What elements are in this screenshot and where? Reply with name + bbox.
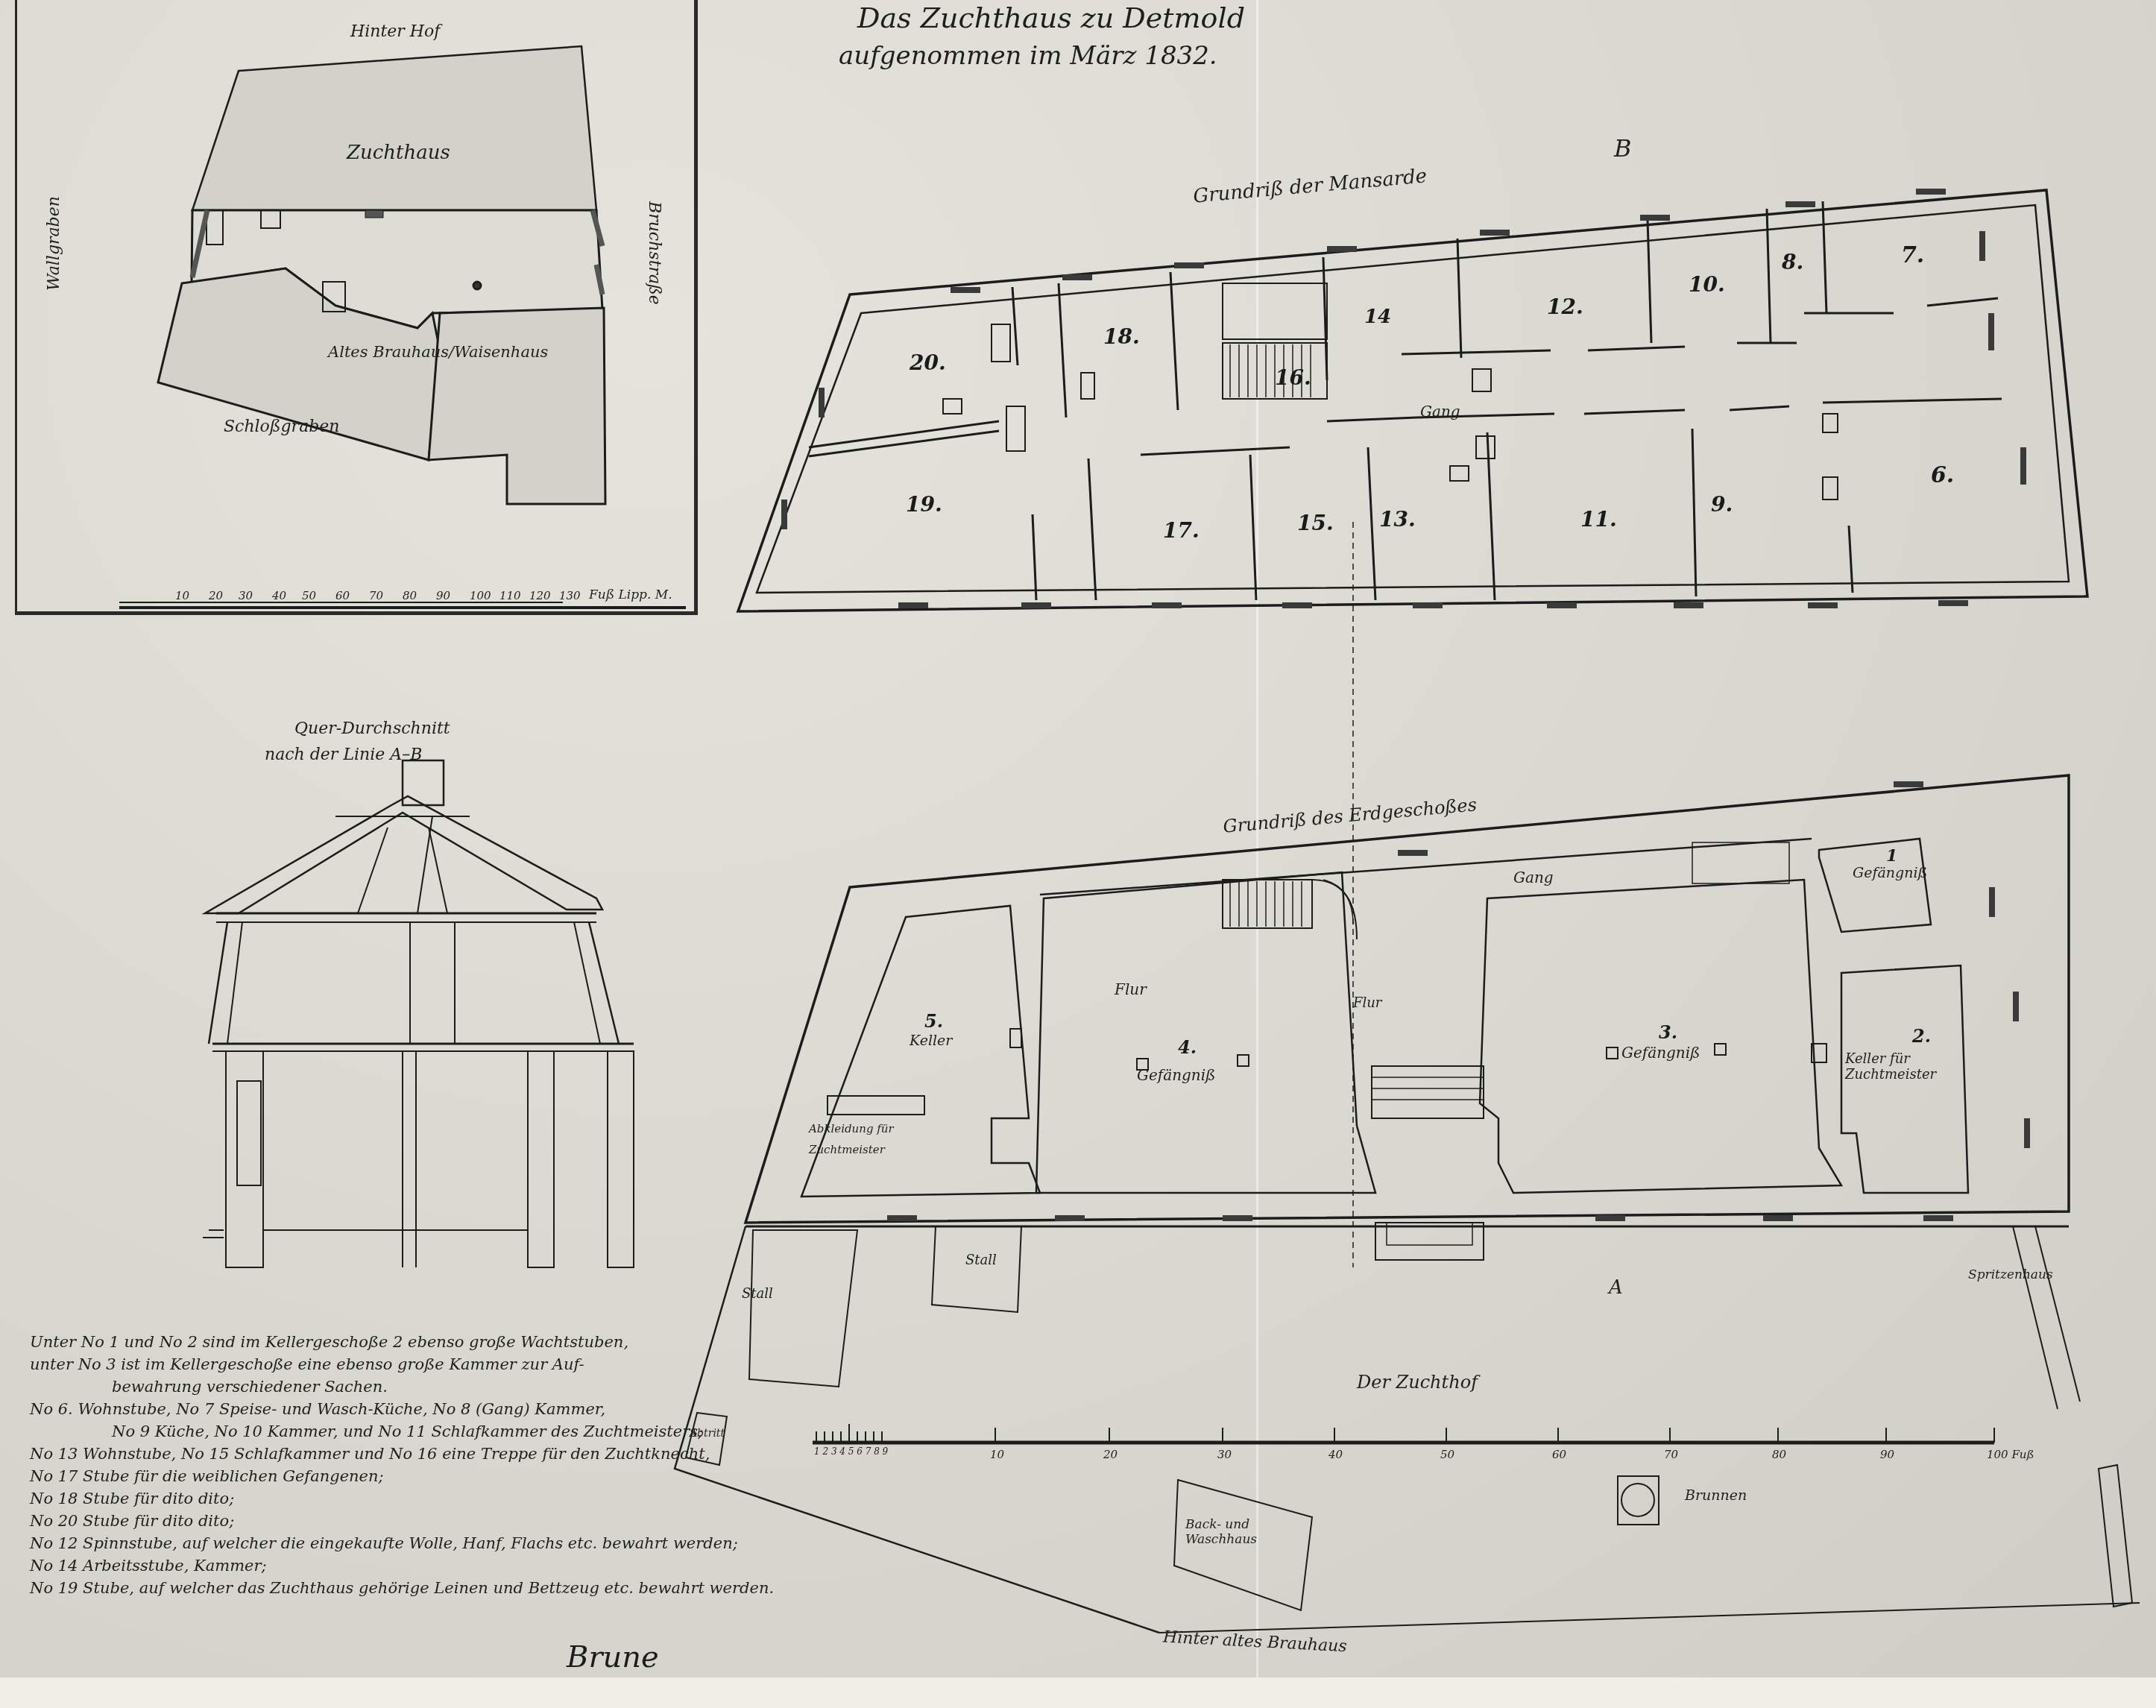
- legend-line: No 19 Stube, auf welcher das Zuchthaus g…: [30, 1577, 775, 1599]
- room-10: 10.: [1689, 272, 1725, 297]
- shed-label: Spritzenhaus: [1968, 1267, 2050, 1282]
- room-4-label: Gefängniß: [1137, 1066, 1215, 1084]
- well-label: Brunnen: [1685, 1487, 1747, 1504]
- section-marker-a: A: [1609, 1276, 1623, 1299]
- stall-2-label: Stall: [965, 1252, 997, 1268]
- courtyard-label: Der Zuchthof: [1357, 1372, 1478, 1393]
- drawing-subtitle: aufgenommen im März 1832.: [839, 41, 1217, 71]
- stair-hall-label-2: Flur: [1353, 995, 1381, 1011]
- room-5-number: 5.: [924, 1010, 943, 1032]
- room-8: 8.: [1782, 250, 1803, 274]
- legend-line: No 12 Spinnstube, auf welcher die eingek…: [30, 1532, 775, 1554]
- room-17: 17.: [1163, 518, 1200, 543]
- legend-line: No 6. Wohnstube, No 7 Speise- und Wasch-…: [30, 1398, 775, 1420]
- room-5-sub-label: Abkleidung für Zuchtmeister: [809, 1118, 902, 1160]
- room-12: 12.: [1547, 294, 1583, 319]
- room-2-label: Keller für Zuchtmeister: [1845, 1051, 1979, 1083]
- room-3-number: 3.: [1659, 1021, 1677, 1043]
- room-19: 19.: [906, 492, 942, 517]
- site-north-label: Hinter Hof: [350, 22, 440, 41]
- room-7: 7.: [1901, 242, 1924, 268]
- ground-corridor-label: Gang: [1513, 869, 1554, 886]
- room-1-label: Gefängniß: [1853, 865, 1927, 881]
- legend-line: unter No 3 ist im Kellergeschoße eine eb…: [30, 1353, 775, 1375]
- room-16: 16.: [1275, 365, 1311, 390]
- legend-line: No 14 Arbeitsstube, Kammer;: [30, 1554, 775, 1577]
- drawing-title: Das Zuchthaus zu Detmold: [857, 1, 1245, 34]
- room-6: 6.: [1931, 462, 1954, 488]
- upper-corridor-label: Gang: [1420, 403, 1460, 420]
- legend-line: bewahrung verschiedener Sachen.: [30, 1375, 775, 1398]
- legend-line: No 18 Stube für dito dito;: [30, 1487, 775, 1510]
- room-13: 13.: [1379, 507, 1416, 532]
- room-14: 14: [1364, 306, 1391, 328]
- room-15: 15.: [1297, 511, 1334, 535]
- site-building-old-label: Altes Brauhaus/Waisenhaus: [328, 343, 548, 361]
- section-marker-b: B: [1614, 134, 1632, 163]
- site-east-label: Bruchstraße: [645, 201, 663, 305]
- legend-line: No 20 Stube für dito dito;: [30, 1510, 775, 1532]
- room-3-label: Gefängniß: [1621, 1044, 1700, 1062]
- room-1-number: 1: [1886, 846, 1897, 866]
- room-9: 9.: [1711, 492, 1733, 517]
- signature: Brune: [567, 1640, 659, 1674]
- legend-line: Unter No 1 und No 2 sind im Kellergescho…: [30, 1331, 775, 1353]
- section-title: Quer-Durchschnitt: [294, 719, 450, 738]
- legend-line: No 9 Küche, No 10 Kammer, und No 11 Schl…: [30, 1420, 775, 1443]
- legend-line: No 13 Wohnstube, No 15 Schlafkammer und …: [30, 1443, 775, 1465]
- room-18: 18.: [1103, 324, 1140, 349]
- site-west-label: Wallgraben: [45, 196, 63, 291]
- site-building-main-label: Zuchthaus: [347, 142, 450, 164]
- site-plan-frame: [15, 0, 698, 615]
- room-4-number: 4.: [1178, 1036, 1197, 1058]
- legend-notes: Unter No 1 und No 2 sind im Kellergescho…: [30, 1331, 775, 1599]
- room-11: 11.: [1580, 507, 1617, 532]
- legend-line: No 17 Stube für die weiblichen Gefangene…: [30, 1465, 775, 1487]
- stall-1-label: Stall: [742, 1286, 773, 1302]
- wash-house-label: Back- und Waschhaus: [1185, 1517, 1297, 1547]
- room-5-label: Keller: [910, 1033, 952, 1049]
- site-south-label: Schloßgraben: [224, 417, 340, 436]
- room-20: 20.: [910, 350, 946, 375]
- stair-hall-label: Flur: [1115, 980, 1147, 998]
- room-2-number: 2.: [1912, 1025, 1931, 1047]
- section-subtitle: nach der Linie A–B: [265, 746, 422, 764]
